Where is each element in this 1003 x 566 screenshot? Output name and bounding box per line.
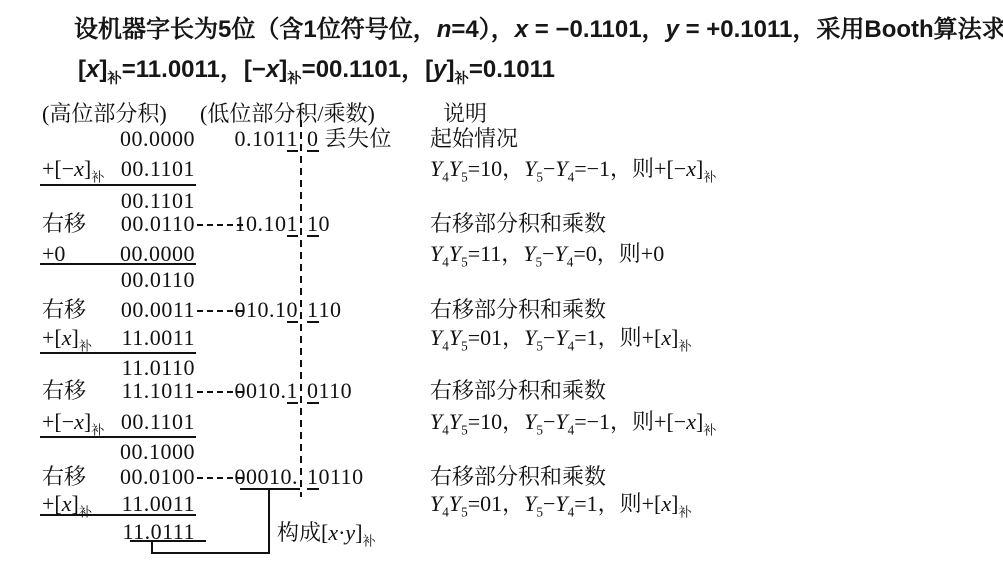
addition-sum-rule — [40, 514, 196, 516]
high-partial-product-value: 00.0100 — [98, 464, 195, 490]
row-operation-label: +[x]补 — [42, 325, 92, 351]
register-boundary-dashed-line — [300, 120, 302, 497]
column-header-low-partial-product-multiplier: (低位部分积/乘数) — [200, 97, 375, 128]
booth-step-row-12: 右移00.010000010.10110右移部分积和乘数 — [0, 464, 1003, 492]
page-title-line1: 设机器字长为5位（含1位符号位，n=4），x = −0.1101，y = +0.… — [74, 9, 1003, 44]
row-operation-label: +[−x]补 — [42, 409, 104, 435]
low-register-dropped-bits: 0 丢失位 — [307, 126, 392, 152]
product-low-bits-underline — [240, 488, 300, 490]
step-explanation: 右移部分积和乘数 — [430, 211, 606, 237]
step-explanation: Y4Y5=11，Y5−Y4=0，则+0 — [430, 241, 664, 267]
result-bracket-right-vertical — [268, 488, 270, 554]
step-explanation: Y4Y5=10，Y5−Y4=−1，则+[−x]补 — [430, 409, 716, 435]
row-operation-label: 右移 — [42, 378, 86, 404]
low-register-dropped-bits: 10 — [307, 211, 330, 237]
high-partial-product-value: 00.0110 — [98, 211, 195, 237]
row-operation-label: 右移 — [42, 297, 86, 323]
high-partial-product-value: 00.0000 — [98, 126, 195, 152]
addition-sum-rule — [40, 263, 196, 265]
low-register-kept-bits: 010.10 — [235, 297, 299, 323]
high-partial-product-value: 00.1101 — [98, 156, 195, 182]
low-register-kept-bits: 0010.1 — [235, 378, 299, 404]
addition-sum-rule — [40, 352, 196, 354]
high-partial-product-value: 00.1101 — [98, 409, 195, 435]
high-partial-product-value: 11.0011 — [98, 325, 195, 351]
step-explanation: 右移部分积和乘数 — [430, 378, 606, 404]
low-register-kept-bits: 0.1011 — [235, 126, 299, 152]
result-bracket-horizontal — [151, 552, 270, 554]
step-explanation: 右移部分积和乘数 — [430, 297, 606, 323]
row-operation-label: 右移 — [42, 211, 86, 237]
high-partial-product-value: 00.0110 — [98, 267, 195, 293]
step-explanation: Y4Y5=01，Y5−Y4=1，则+[x]补 — [430, 491, 692, 517]
low-register-dropped-bits: 0110 — [307, 378, 352, 404]
row-operation-label: +[−x]补 — [42, 156, 104, 182]
booth-step-row-5: 00.0110 — [0, 267, 1003, 295]
addition-sum-rule — [40, 184, 196, 186]
low-register-kept-bits: 10.101 — [235, 211, 299, 237]
booth-step-row-6: 右移00.0011010.10110右移部分积和乘数 — [0, 297, 1003, 325]
column-header-high-partial-product: (高位部分积) — [42, 97, 167, 128]
step-explanation: 起始情况 — [430, 126, 518, 152]
booth-step-row-0: 00.00000.10110 丢失位起始情况 — [0, 126, 1003, 154]
result-label: 构成[x·y]补 — [277, 516, 376, 547]
step-explanation: Y4Y5=10，Y5−Y4=−1，则+[−x]补 — [430, 156, 716, 182]
booth-step-row-1: +[−x]补00.1101Y4Y5=10，Y5−Y4=−1，则+[−x]补 — [0, 156, 1003, 184]
row-operation-label: 右移 — [42, 464, 86, 490]
low-register-kept-bits: 00010. — [235, 464, 299, 490]
booth-step-row-9: 右移11.10110010.10110右移部分积和乘数 — [0, 378, 1003, 406]
step-explanation: Y4Y5=01，Y5−Y4=1，则+[x]补 — [430, 325, 692, 351]
high-partial-product-value: 00.0011 — [98, 297, 195, 323]
step-explanation: 右移部分积和乘数 — [430, 464, 606, 490]
booth-step-row-10: +[−x]补00.1101Y4Y5=10，Y5−Y4=−1，则+[−x]补 — [0, 409, 1003, 437]
low-register-dropped-bits: 110 — [307, 297, 342, 323]
column-header-explanation: 说明 — [443, 97, 487, 128]
addition-sum-rule — [40, 436, 196, 438]
booth-algorithm-slide: 设机器字长为5位（含1位符号位，n=4），x = −0.1101，y = +0.… — [0, 0, 1003, 566]
booth-step-row-7: +[x]补11.0011Y4Y5=01，Y5−Y4=1，则+[x]补 — [0, 325, 1003, 353]
booth-step-row-3: 右移00.011010.10110右移部分积和乘数 — [0, 211, 1003, 239]
final-high-product-underline — [130, 540, 206, 542]
booth-step-row-11: 00.1000 — [0, 439, 1003, 467]
low-register-dropped-bits: 10110 — [307, 464, 364, 490]
high-partial-product-value: 00.1000 — [98, 439, 195, 465]
page-title-line2: [x]补=11.0011，[−x]补=00.1101，[y]补=0.1011 — [78, 49, 555, 84]
high-partial-product-value: 11.1011 — [98, 378, 195, 404]
